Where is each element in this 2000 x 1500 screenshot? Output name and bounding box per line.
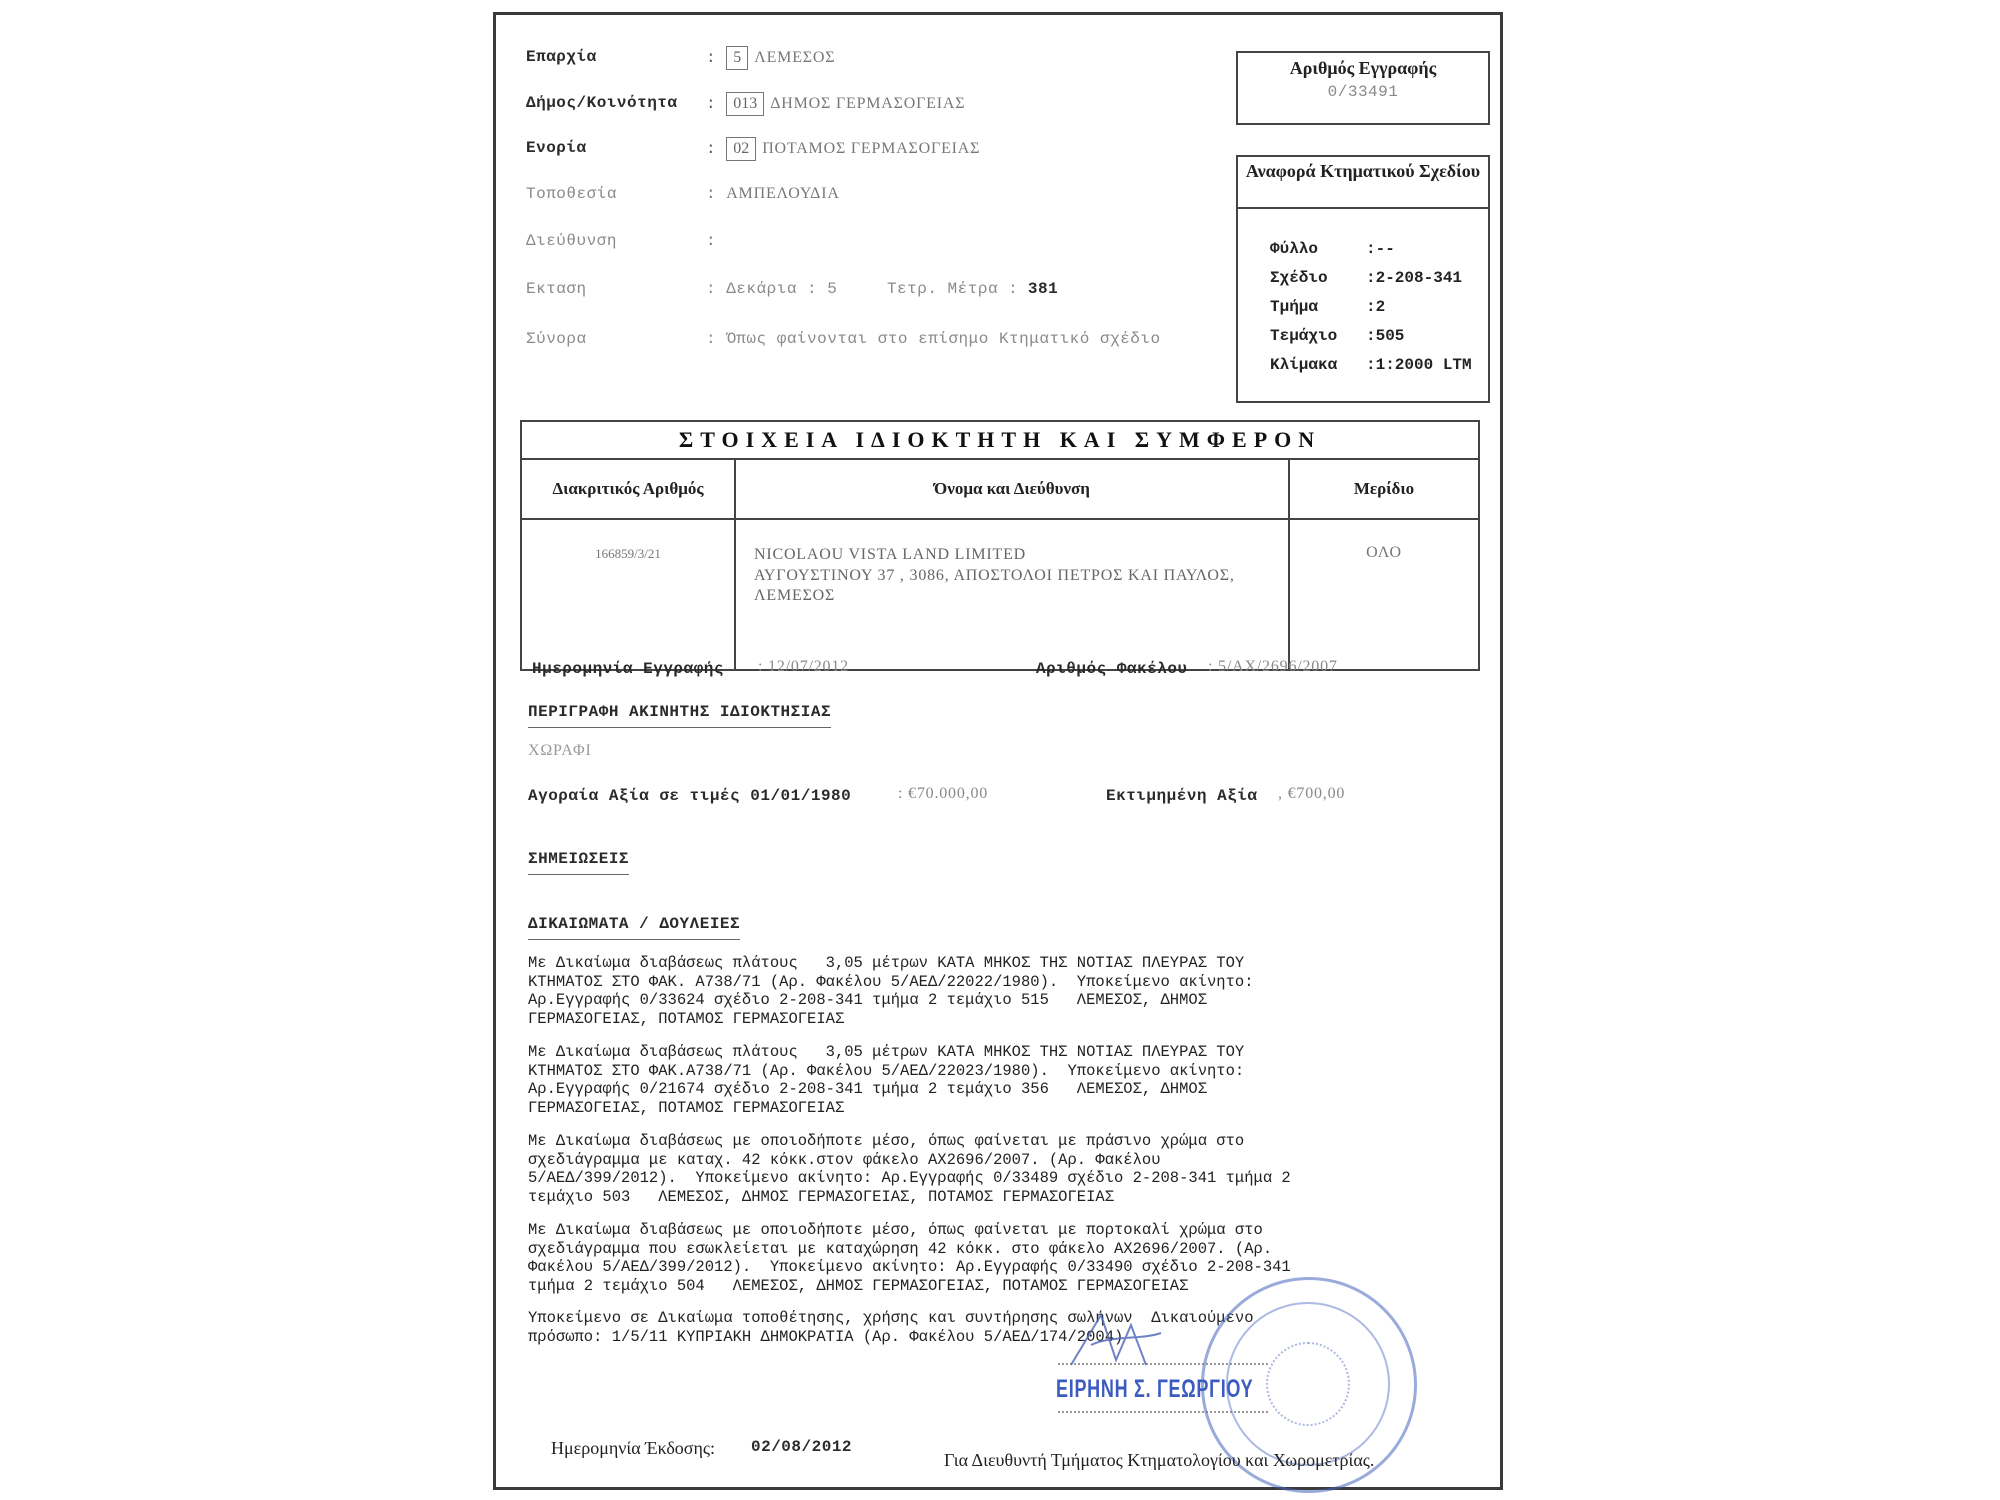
plan-ref-row-block: Τμήμα:2 [1270,293,1488,322]
field-parish: : 02ΠΟΤΑΜΟΣ ΓΕΡΜΑΣΟΓΕΙΑΣ [706,137,980,161]
owner-row: 166859/3/21 NICOLAOU VISTA LAND LIMITED … [521,519,1479,670]
plan-reference-title: Αναφορά Κτηματικού Σχεδίου [1238,157,1488,209]
field-extent: : Δεκάρια : 5 Τετρ. Μέτρα : 381 [706,280,1058,298]
field-municipality: : 013ΔΗΜΟΣ ΓΕΡΜΑΣΟΓΕΙΑΣ [706,92,965,116]
title-deed-page: Επαρχία : 5ΛΕΜΕΣΟΣ Δήμος/Κοινότητα : 013… [493,12,1503,1490]
field-label-address: Διεύθυνση [526,232,617,250]
plan-ref-row-scale: Κλίμακα:1:2000 LTM [1270,351,1488,380]
owner-share: ΟΛΟ [1289,519,1479,670]
market-value: : €70.000,00 [898,785,988,803]
estimated-value: , €700,00 [1278,785,1345,803]
issuer-text: Για Διευθυντή Τμήματος Κτηματολογίου και… [944,1450,1374,1471]
registration-number-title: Αριθμός Εγγραφής [1238,58,1488,79]
property-description-heading: ΠΕΡΙΓΡΑΦΗ ΑΚΙΝΗΤΗΣ ΙΔΙΟΚΤΗΣΙΑΣ [528,703,831,728]
municipality-code: 013 [726,92,764,116]
market-value-label: Αγοραία Αξία σε τιμές 01/01/1980 [528,787,851,805]
field-boundaries: : Όπως φαίνονται στο επίσημο Κτηματικό σ… [706,330,1161,348]
issue-date-label: Ημερομηνία Έκδοσης: [551,1438,715,1459]
owner-address: ΑΥΓΟΥΣΤΙΝΟΥ 37 , 3086, ΑΠΟΣΤΟΛΟΙ ΠΕΤΡΟΣ … [754,566,1274,606]
plan-ref-row-plot: Τεμάχιο:505 [1270,322,1488,351]
extent-sqm-label: Τετρ. Μέτρα : [887,280,1018,298]
field-label-municipality: Δήμος/Κοινότητα [526,94,678,112]
owners-header-share: Μερίδιο [1289,459,1479,519]
owner-id: 166859/3/21 [521,519,735,670]
signature-scribble-icon [1061,1305,1171,1375]
municipality-value: ΔΗΜΟΣ ΓΕΡΜΑΣΟΓΕΙΑΣ [770,95,965,112]
owners-header-id: Διακριτικός Αριθμός [521,459,735,519]
registration-date-label: Ημερομηνία Εγγραφής [532,660,724,678]
registration-number-value: 0/33491 [1238,83,1488,101]
field-label-extent: Εκταση [526,280,587,298]
owners-table-title: ΣΤΟΙΧΕΙΑ ΙΔΙΟΚΤΗΤΗ ΚΑΙ ΣΥΜΦΕΡΟΝ [521,421,1479,459]
locality-value: ΑΜΠΕΛΟΥΔΙΑ [726,185,840,202]
field-locality: : ΑΜΠΕΛΟΥΔΙΑ [706,185,840,203]
plan-ref-row-sheet: Φύλλο:-- [1270,235,1488,264]
province-code: 5 [726,46,748,70]
extent-value: Δεκάρια : 5 [726,280,837,298]
parish-value: ΠΟΤΑΜΟΣ ΓΕΡΜΑΣΟΓΕΙΑΣ [762,140,980,157]
province-value: ΛΕΜΕΣΟΣ [754,49,835,66]
plan-ref-row-plan: Σχέδιο:2-208-341 [1270,264,1488,293]
issue-date-value: 02/08/2012 [751,1438,852,1456]
field-label-boundaries: Σύνορα [526,330,587,348]
field-address-colon: : [706,232,716,250]
extent-sqm-value: 381 [1028,280,1058,298]
boundaries-value: Όπως φαίνονται στο επίσημο Κτηματικό σχέ… [726,330,1160,348]
field-label-parish: Ενορία [526,139,587,157]
owners-table: ΣΤΟΙΧΕΙΑ ΙΔΙΟΚΤΗΤΗ ΚΑΙ ΣΥΜΦΕΡΟΝ Διακριτι… [520,420,1480,671]
property-description-value: ΧΩΡΑΦΙ [528,742,592,760]
field-label-locality: Τοποθεσία [526,185,617,203]
field-label-province: Επαρχία [526,48,597,66]
registration-number-box: Αριθμός Εγγραφής 0/33491 [1236,51,1490,125]
rights-heading: ΔΙΚΑΙΩΜΑΤΑ / ΔΟΥΛΕΙΕΣ [528,915,740,940]
plan-reference-rows: Φύλλο:-- Σχέδιο:2-208-341 Τμήμα:2 Τεμάχι… [1238,209,1488,380]
estimated-value-label: Εκτιμημένη Αξία [1106,787,1258,805]
owner-name: NICOLAOU VISTA LAND LIMITED [754,544,1288,566]
parish-code: 02 [726,137,756,161]
right-entry: Με Δικαίωμα διαβάσεως με οποιοδήποτε μέσ… [528,1132,1488,1206]
file-number-value: : 5/AX/2696/2007 [1208,658,1338,676]
file-number-label: Αριθμός Φακέλου [1036,660,1188,678]
owner-name-address: NICOLAOU VISTA LAND LIMITED ΑΥΓΟΥΣΤΙΝΟΥ … [735,519,1289,670]
plan-reference-box: Αναφορά Κτηματικού Σχεδίου Φύλλο:-- Σχέδ… [1236,155,1490,403]
registration-date-value: : 12/07/2012 [758,658,849,676]
right-entry: Με Δικαίωμα διαβάσεως πλάτους 3,05 μέτρω… [528,954,1488,1028]
field-province: : 5ΛΕΜΕΣΟΣ [706,46,835,70]
owners-header-name: Όνομα και Διεύθυνση [735,459,1289,519]
notes-heading: ΣΗΜΕΙΩΣΕΙΣ [528,850,629,875]
right-entry: Με Δικαίωμα διαβάσεως πλάτους 3,05 μέτρω… [528,1043,1488,1117]
